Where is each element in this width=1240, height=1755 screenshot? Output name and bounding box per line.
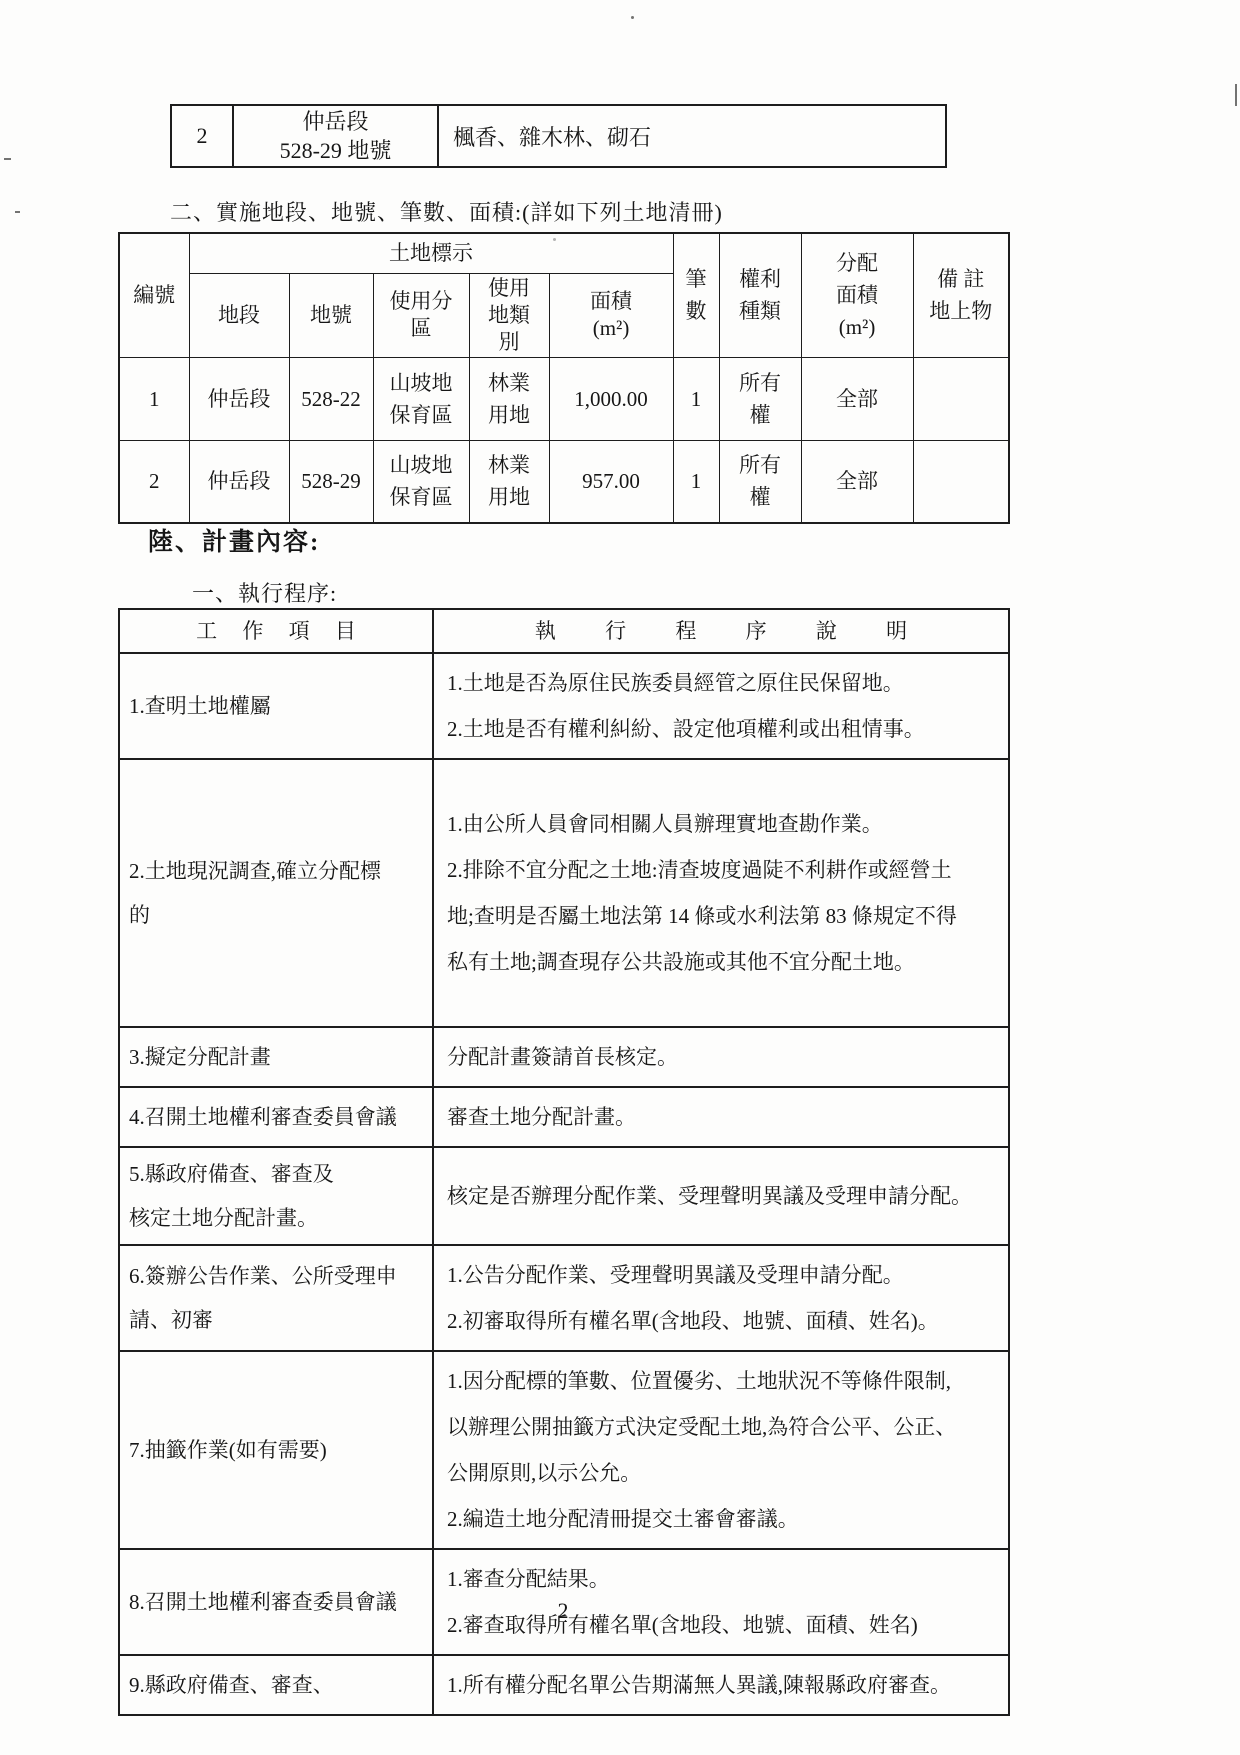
subsection-heading-procedure: 一、執行程序: bbox=[192, 577, 337, 608]
cell-work-item: 6.簽辦公告作業、公所受理申 請、初審 bbox=[119, 1245, 433, 1351]
cell-work-item: 9.縣政府備查、審查、 bbox=[119, 1655, 433, 1715]
table-row: 6.簽辦公告作業、公所受理申 請、初審 1.公告分配作業、受理聲明異議及受理申請… bbox=[119, 1245, 1009, 1351]
cell-procedure-desc: 1.所有權分配名單公告期滿無人異議,陳報縣政府審查。 bbox=[433, 1655, 1009, 1715]
document-page: 2 仲岳段 528-29 地號 楓香、雜木林、砌石 二、實施地段、地號、筆數、面… bbox=[0, 0, 1240, 1755]
header-rights: 權利 種類 bbox=[719, 233, 801, 357]
cell-procedure-desc: 1.由公所人員會同相關人員辦理實地查勘作業。 2.排除不宜分配之土地:清查坡度過… bbox=[433, 759, 1009, 1027]
cell-parcel-no: 2 bbox=[171, 105, 233, 167]
table-row: 2 仲岳段 528-29 山坡地 保育區 林業 用地 957.00 1 所有 權… bbox=[119, 440, 1009, 523]
table-header-row: 工 作 項 目 執 行 程 序 說 明 bbox=[119, 609, 1009, 653]
header-work-item: 工 作 項 目 bbox=[119, 609, 433, 653]
cell-procedure-desc: 核定是否辦理分配作業、受理聲明異議及受理申請分配。 bbox=[433, 1147, 1009, 1245]
cell-remark bbox=[913, 440, 1009, 523]
cell-procedure-desc: 1.公告分配作業、受理聲明異議及受理申請分配。 2.初審取得所有權名單(含地段、… bbox=[433, 1245, 1009, 1351]
cell-no: 2 bbox=[119, 440, 189, 523]
table-row: 5.縣政府備查、審查及 核定土地分配計畫。 核定是否辦理分配作業、受理聲明異議及… bbox=[119, 1147, 1009, 1245]
cell-work-item: 7.抽籤作業(如有需要) bbox=[119, 1351, 433, 1549]
cell-remark bbox=[913, 357, 1009, 440]
chapter-heading-plan-content: 陸、計畫內容: bbox=[148, 522, 320, 558]
cell-alloc-area: 全部 bbox=[801, 440, 913, 523]
cell-procedure-desc: 審查土地分配計畫。 bbox=[433, 1087, 1009, 1147]
cell-zoning: 山坡地 保育區 bbox=[373, 440, 469, 523]
table-row: 7.抽籤作業(如有需要) 1.因分配標的筆數、位置優劣、土地狀況不等條件限制, … bbox=[119, 1351, 1009, 1549]
header-remark: 備 註 地上物 bbox=[913, 233, 1009, 357]
carryover-parcel-table: 2 仲岳段 528-29 地號 楓香、雜木林、砌石 bbox=[170, 104, 947, 168]
header-section: 地段 bbox=[189, 273, 289, 357]
land-parcel-table: 編號 土地標示 筆 數 權利 種類 分配 面積 (m²) 備 註 地上物 地段 … bbox=[118, 232, 1010, 524]
cell-count: 1 bbox=[673, 440, 719, 523]
cell-rights: 所有 權 bbox=[719, 357, 801, 440]
cell-area: 1,000.00 bbox=[549, 357, 673, 440]
table-row: 3.擬定分配計畫 分配計畫簽請首長核定。 bbox=[119, 1027, 1009, 1087]
cell-procedure-desc: 1.土地是否為原住民族委員經管之原住民保留地。 2.土地是否有權利糾紛、設定他項… bbox=[433, 653, 1009, 759]
header-count: 筆 數 bbox=[673, 233, 719, 357]
header-category: 使用 地類 別 bbox=[469, 273, 549, 357]
scan-artifact bbox=[1235, 84, 1237, 106]
table-row: 4.召開土地權利審查委員會議 審查土地分配計畫。 bbox=[119, 1087, 1009, 1147]
cell-section: 仲岳段 bbox=[189, 440, 289, 523]
cell-no: 1 bbox=[119, 357, 189, 440]
page-number: 2 bbox=[118, 1598, 1008, 1624]
scan-artifact bbox=[631, 16, 634, 19]
cell-count: 1 bbox=[673, 357, 719, 440]
cell-work-item: 2.土地現況調查,確立分配標 的 bbox=[119, 759, 433, 1027]
cell-lot: 528-29 bbox=[289, 440, 373, 523]
table-row: 2.土地現況調查,確立分配標 的 1.由公所人員會同相關人員辦理實地查勘作業。 … bbox=[119, 759, 1009, 1027]
cell-ground-items: 楓香、雜木林、砌石 bbox=[438, 105, 946, 167]
cell-procedure-desc: 分配計畫簽請首長核定。 bbox=[433, 1027, 1009, 1087]
table-row: 2 仲岳段 528-29 地號 楓香、雜木林、砌石 bbox=[171, 105, 946, 167]
cell-section: 仲岳段 bbox=[189, 357, 289, 440]
cell-work-item: 1.查明土地權屬 bbox=[119, 653, 433, 759]
scan-artifact bbox=[4, 158, 11, 160]
header-alloc-area: 分配 面積 (m²) bbox=[801, 233, 913, 357]
header-area: 面積 (m²) bbox=[549, 273, 673, 357]
cell-lot: 528-22 bbox=[289, 357, 373, 440]
table-row: 1 仲岳段 528-22 山坡地 保育區 林業 用地 1,000.00 1 所有… bbox=[119, 357, 1009, 440]
cell-work-item: 3.擬定分配計畫 bbox=[119, 1027, 433, 1087]
header-procedure-desc: 執 行 程 序 說 明 bbox=[433, 609, 1009, 653]
cell-rights: 所有 權 bbox=[719, 440, 801, 523]
scan-artifact bbox=[15, 211, 20, 213]
table-row: 1.查明土地權屬 1.土地是否為原住民族委員經管之原住民保留地。 2.土地是否有… bbox=[119, 653, 1009, 759]
header-lot: 地號 bbox=[289, 273, 373, 357]
header-zoning: 使用分 區 bbox=[373, 273, 469, 357]
cell-work-item: 4.召開土地權利審查委員會議 bbox=[119, 1087, 433, 1147]
cell-zoning: 山坡地 保育區 bbox=[373, 357, 469, 440]
cell-work-item: 5.縣政府備查、審查及 核定土地分配計畫。 bbox=[119, 1147, 433, 1245]
cell-category: 林業 用地 bbox=[469, 357, 549, 440]
cell-area: 957.00 bbox=[549, 440, 673, 523]
cell-alloc-area: 全部 bbox=[801, 357, 913, 440]
table-header-row: 編號 土地標示 筆 數 權利 種類 分配 面積 (m²) 備 註 地上物 bbox=[119, 233, 1009, 273]
procedure-table: 工 作 項 目 執 行 程 序 說 明 1.查明土地權屬 1.土地是否為原住民族… bbox=[118, 608, 1010, 1716]
header-land-mark-group: 土地標示 bbox=[189, 233, 673, 273]
table-row: 9.縣政府備查、審查、 1.所有權分配名單公告期滿無人異議,陳報縣政府審查。 bbox=[119, 1655, 1009, 1715]
section-heading-implementation: 二、實施地段、地號、筆數、面積:(詳如下列土地清冊) bbox=[170, 196, 723, 227]
cell-procedure-desc: 1.因分配標的筆數、位置優劣、土地狀況不等條件限制, 以辦理公開抽籤方式決定受配… bbox=[433, 1351, 1009, 1549]
header-no: 編號 bbox=[119, 233, 189, 357]
scan-artifact bbox=[553, 238, 556, 241]
cell-parcel-location: 仲岳段 528-29 地號 bbox=[233, 105, 438, 167]
cell-category: 林業 用地 bbox=[469, 440, 549, 523]
